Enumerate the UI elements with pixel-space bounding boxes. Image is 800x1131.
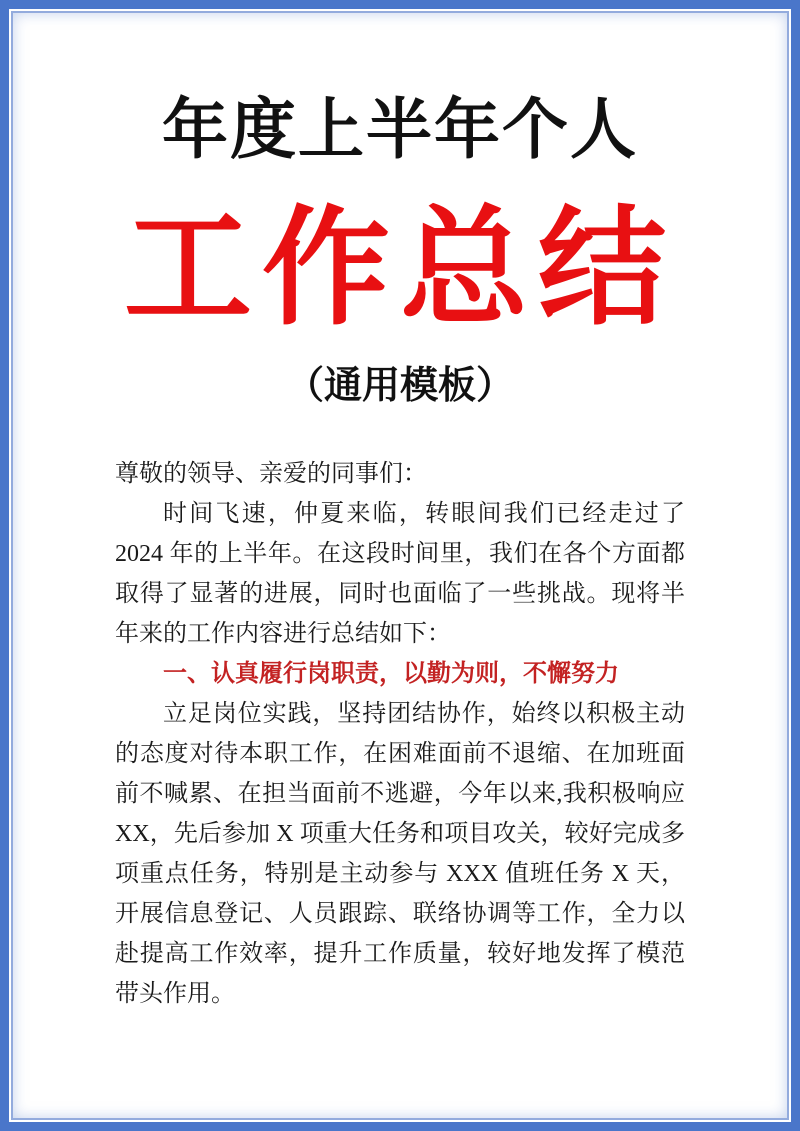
document-title-line2: 工作总结 [115, 199, 685, 340]
salutation-line: 尊敬的领导、亲爱的同事们： [115, 454, 685, 494]
intro-paragraph: 时间飞速，仲夏来临，转眼间我们已经走过了 2024 年的上半年。在这段时间里，我… [115, 494, 685, 654]
document-title-line1: 年度上半年个人 [115, 93, 685, 169]
document-page: 年度上半年个人 工作总结 （通用模板） 尊敬的领导、亲爱的同事们： 时间飞速，仲… [0, 0, 800, 1131]
document-subtitle: （通用模板） [115, 362, 685, 410]
document-body: 尊敬的领导、亲爱的同事们： 时间飞速，仲夏来临，转眼间我们已经走过了 2024 … [115, 454, 685, 1014]
section1-heading: 一、认真履行岗职责，以勤为则，不懈努力 [115, 654, 685, 694]
document-content: 年度上半年个人 工作总结 （通用模板） 尊敬的领导、亲爱的同事们： 时间飞速，仲… [115, 9, 685, 1014]
section1-paragraph: 立足岗位实践，坚持团结协作，始终以积极主动的态度对待本职工作，在困难面前不退缩、… [115, 694, 685, 1014]
